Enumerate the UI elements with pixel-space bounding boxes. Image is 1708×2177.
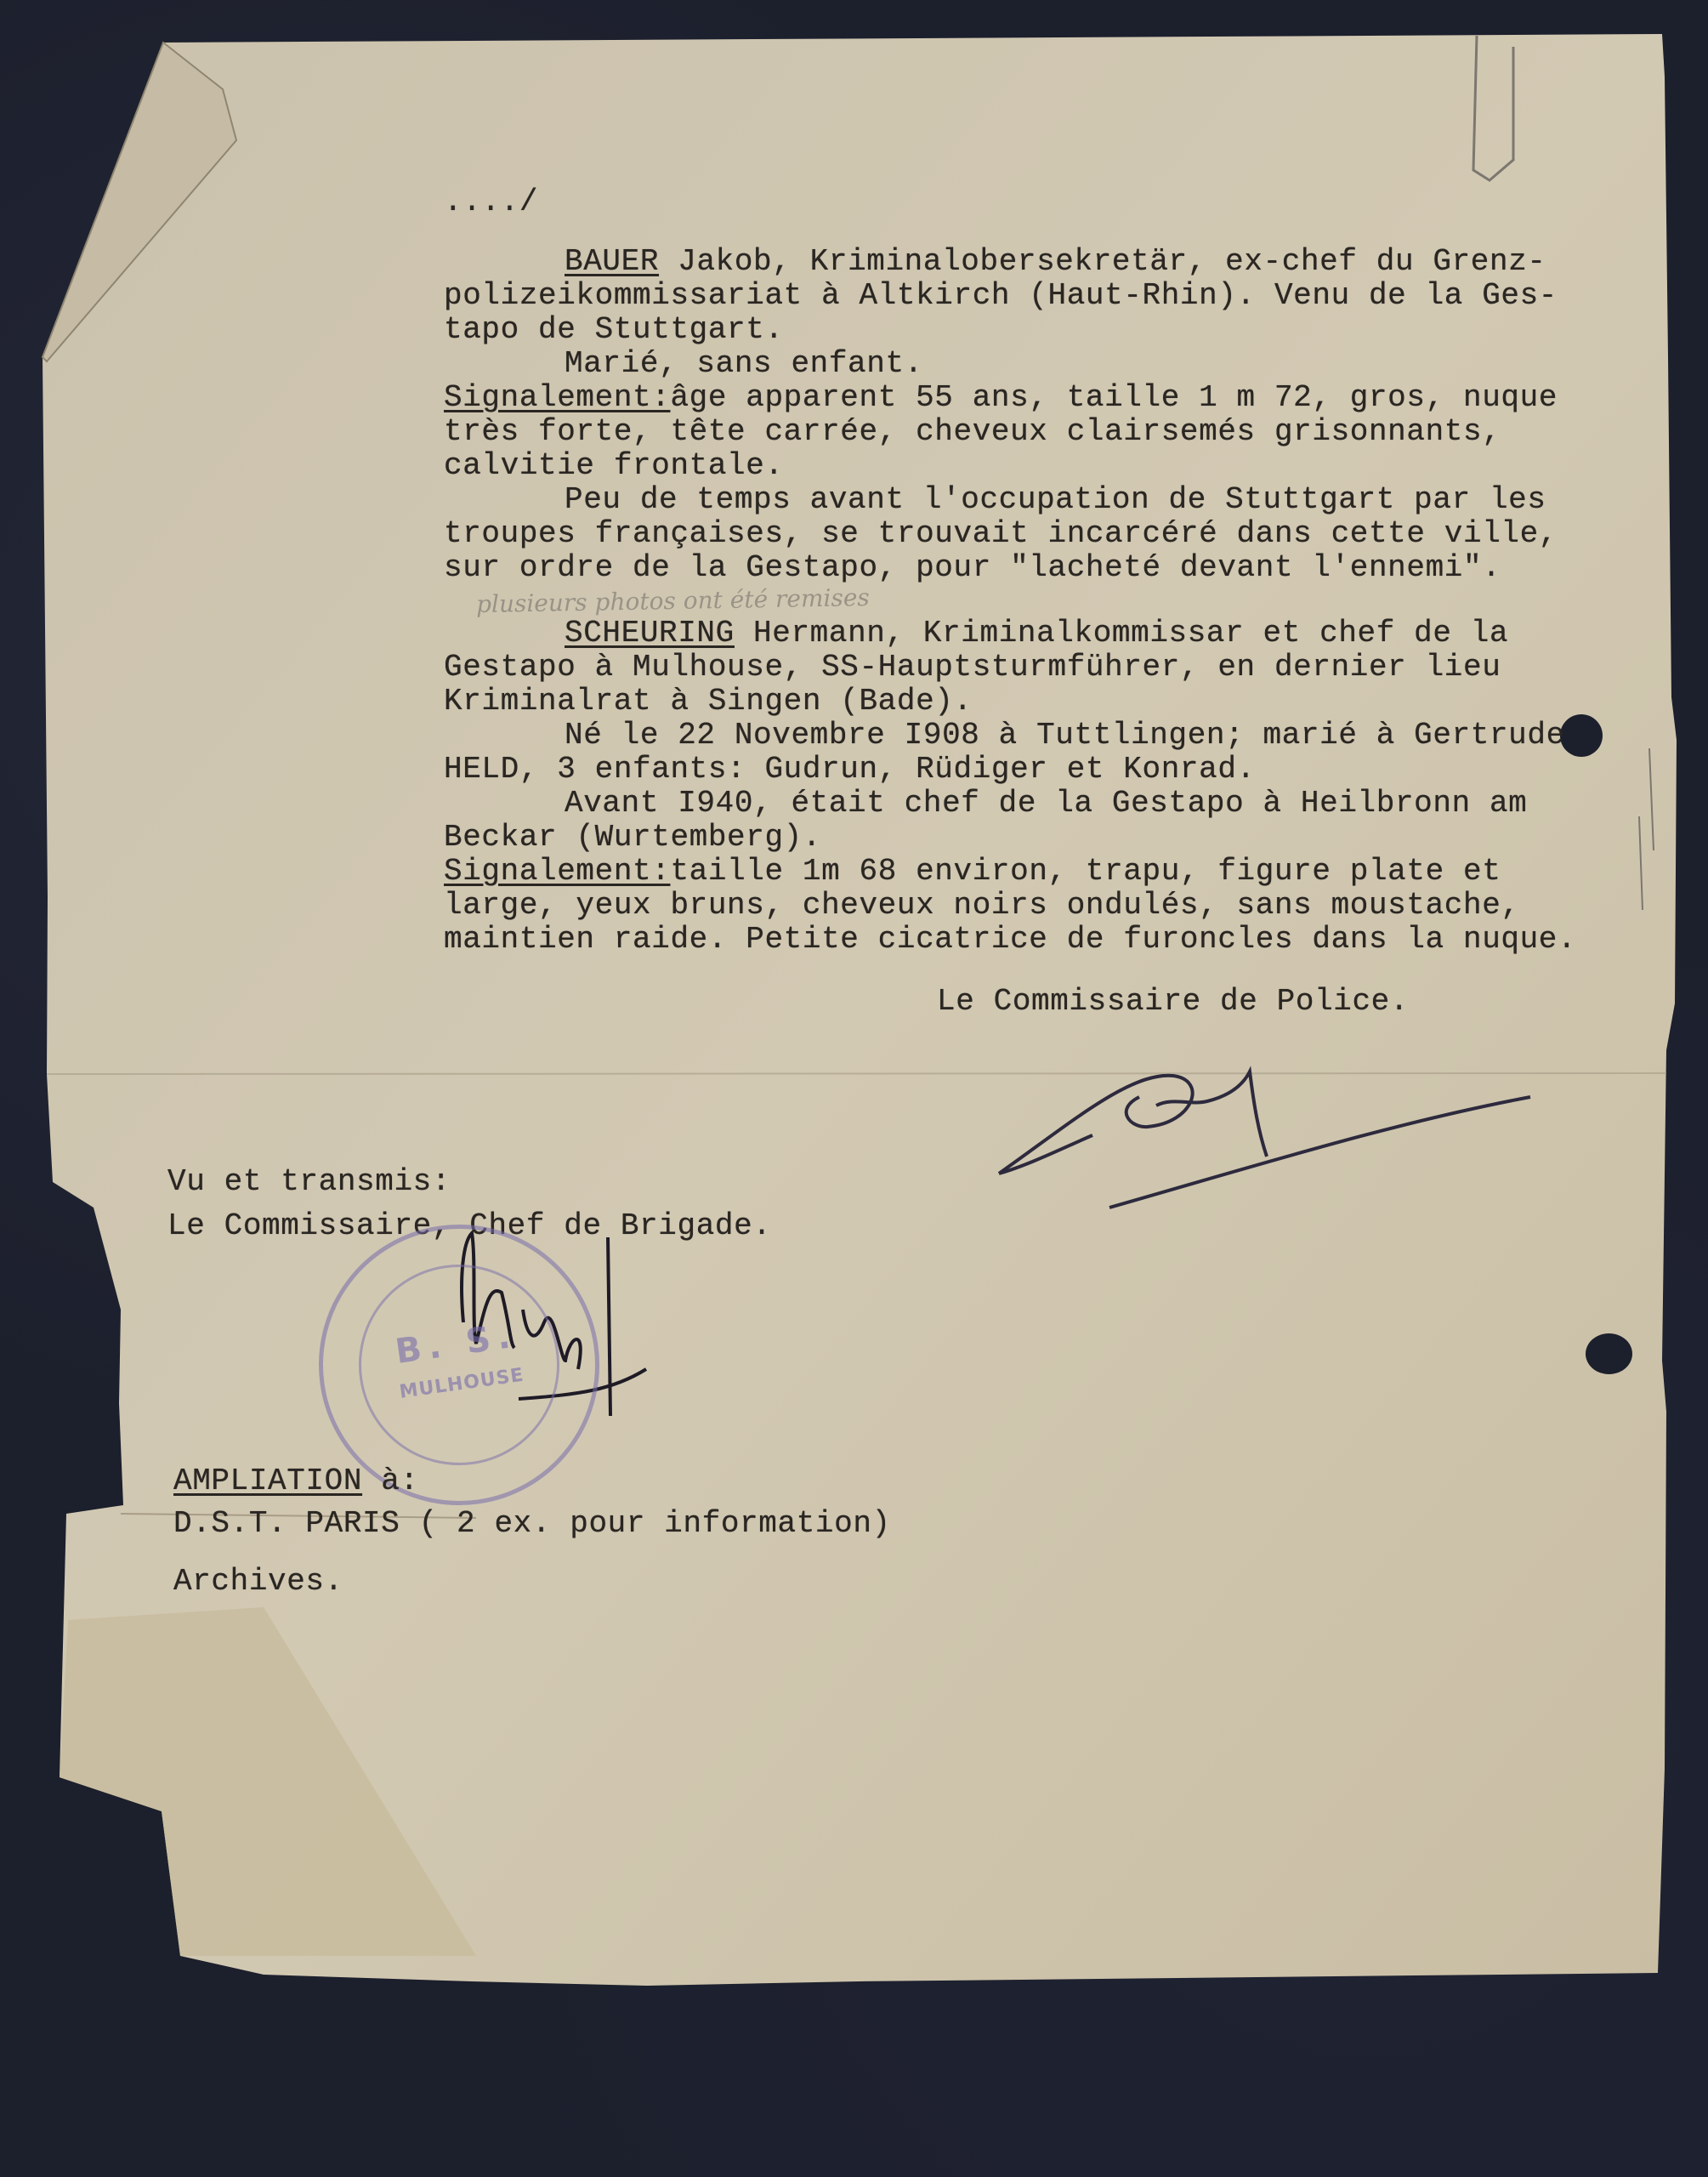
bauer-line-2: polizeikommissariat à Altkirch (Haut-Rhi… <box>444 279 1558 313</box>
bauer-signalement-2: très forte, tête carrée, cheveux clairse… <box>444 415 1501 449</box>
ampliation-heading: AMPLIATION à: <box>173 1464 419 1498</box>
punch-hole-upper <box>1560 714 1603 757</box>
ampliation-line-1: D.S.T. PARIS ( 2 ex. pour information) <box>173 1507 891 1541</box>
bauer-note-3: sur ordre de la Gestapo, pour "lacheté d… <box>444 551 1501 585</box>
bauer-line-3: tapo de Stuttgart. <box>444 313 784 347</box>
scheuring-signalement-2: large, yeux bruns, cheveux noirs ondulés… <box>444 889 1520 923</box>
bauer-note-1: Peu de temps avant l'occupation de Stutt… <box>565 483 1546 517</box>
continuation-mark: ..../ <box>444 185 538 219</box>
surname-bauer: BAUER <box>565 244 659 279</box>
surname-scheuring: SCHEURING <box>565 616 735 651</box>
bauer-signalement: Signalement:âge apparent 55 ans, taille … <box>444 381 1558 415</box>
ampliation-line-2: Archives. <box>173 1565 343 1599</box>
scheuring-career-2: Beckar (Wurtemberg). <box>444 821 821 855</box>
bauer-note-2: troupes françaises, se trouvait incarcér… <box>444 517 1558 551</box>
scheuring-signalement-3: maintien raide. Petite cicatrice de furo… <box>444 923 1576 957</box>
transmission-line-1: Vu et transmis: <box>167 1165 451 1199</box>
bauer-signalement-3: calvitie frontale. <box>444 449 784 483</box>
scheuring-entry-heading: SCHEURING Hermann, Kriminalkommissar et … <box>444 617 1508 651</box>
scheuring-line-2: Gestapo à Mulhouse, SS-Hauptsturmführer,… <box>444 651 1501 685</box>
bauer-family: Marié, sans enfant. <box>565 347 923 381</box>
paper-sheet <box>0 0 1708 2177</box>
scheuring-signalement: Signalement:taille 1m 68 environ, trapu,… <box>444 855 1501 889</box>
scheuring-career-1: Avant I940, était chef de la Gestapo à H… <box>565 787 1527 821</box>
scheuring-birth-2: HELD, 3 enfants: Gudrun, Rüdiger et Konr… <box>444 753 1256 787</box>
punch-hole-lower <box>1586 1333 1632 1374</box>
scheuring-birth-1: Né le 22 Novembre I908 à Tuttlingen; mar… <box>565 719 1565 753</box>
bauer-entry-heading: BAUER Jakob, Kriminalobersekretär, ex-ch… <box>444 245 1546 279</box>
scheuring-line-3: Kriminalrat à Singen (Bade). <box>444 685 973 719</box>
signatory-title: Le Commissaire de Police. <box>937 985 1409 1019</box>
